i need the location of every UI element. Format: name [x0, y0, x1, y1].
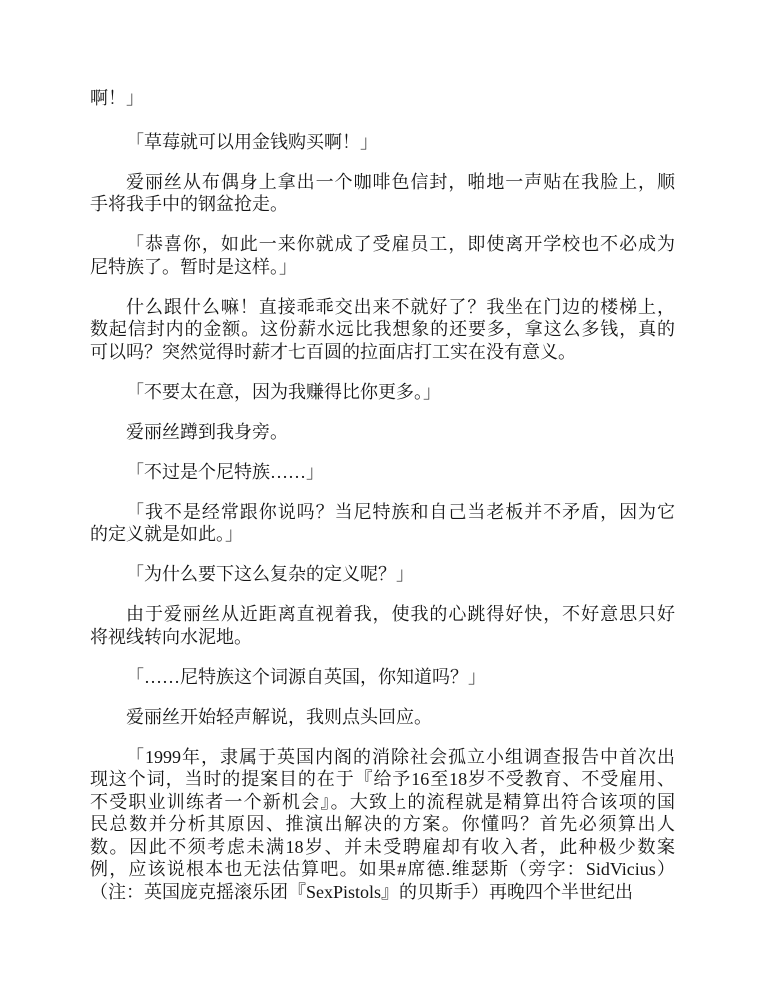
- page: 啊！」「草莓就可以用金钱购买啊！」爱丽丝从布偶身上拿出一个咖啡色信封，啪地一声贴…: [0, 0, 765, 990]
- text-line: 爱丽丝从布偶身上拿出一个咖啡色信封，啪地一声贴在我脸上，顺: [90, 171, 675, 194]
- paragraph: 「我不是经常跟你说吗？当尼特族和自己当老板并不矛盾，因为它的定义就是如此。」: [90, 501, 675, 546]
- text-line: 啊！」: [90, 87, 675, 110]
- text-line: 「恭喜你，如此一来你就成了受雇员工，即使离开学校也不必成为: [90, 233, 675, 256]
- text-line: 什么跟什么嘛！直接乖乖交出来不就好了？我坐在门边的楼梯上，: [90, 296, 675, 319]
- text-line: 不受职业训练者一个新机会』。大致上的流程就是精算出符合该项的国: [90, 791, 675, 814]
- text-line: 「1999年，隶属于英国内阁的消除社会孤立小组调查报告中首次出: [90, 746, 675, 769]
- text-line: 将视线转向水泥地。: [90, 626, 675, 649]
- paragraph: 爱丽丝蹲到我身旁。: [90, 421, 675, 444]
- text-line: 「为什么要下这么复杂的定义呢？」: [90, 563, 675, 586]
- paragraph: 「恭喜你，如此一来你就成了受雇员工，即使离开学校也不必成为尼特族了。暂时是这样。…: [90, 233, 675, 278]
- document-text: 啊！」「草莓就可以用金钱购买啊！」爱丽丝从布偶身上拿出一个咖啡色信封，啪地一声贴…: [90, 87, 675, 921]
- text-line: （注：英国庞克摇滚乐团『SexPistols』的贝斯手）再晚四个半世纪出: [90, 881, 675, 904]
- text-line: 「不过是个尼特族……」: [90, 461, 675, 484]
- text-line: 「我不是经常跟你说吗？当尼特族和自己当老板并不矛盾，因为它: [90, 501, 675, 524]
- text-line: 手将我手中的钢盆抢走。: [90, 193, 675, 216]
- text-line: 数。因此不须考虑未满18岁、并未受聘雇却有收入者，此种极少数案: [90, 836, 675, 859]
- text-line: 「……尼特族这个词源自英国，你知道吗？」: [90, 666, 675, 689]
- paragraph: 「1999年，隶属于英国内阁的消除社会孤立小组调查报告中首次出现这个词，当时的提…: [90, 746, 675, 904]
- text-line: 「不要太在意，因为我赚得比你更多。」: [90, 381, 675, 404]
- paragraph: 什么跟什么嘛！直接乖乖交出来不就好了？我坐在门边的楼梯上，数起信封内的金额。这份…: [90, 296, 675, 364]
- text-line: 爱丽丝开始轻声解说，我则点头回应。: [90, 706, 675, 729]
- text-line: 的定义就是如此。」: [90, 523, 675, 546]
- paragraph: 啊！」: [90, 87, 675, 110]
- text-line: 数起信封内的金额。这份薪水远比我想象的还要多，拿这么多钱，真的: [90, 318, 675, 341]
- paragraph: 由于爱丽丝从近距离直视着我，使我的心跳得好快，不好意思只好将视线转向水泥地。: [90, 603, 675, 648]
- paragraph: 爱丽丝从布偶身上拿出一个咖啡色信封，啪地一声贴在我脸上，顺手将我手中的钢盆抢走。: [90, 171, 675, 216]
- paragraph: 「……尼特族这个词源自英国，你知道吗？」: [90, 666, 675, 689]
- text-line: 例，应该说根本也无法估算吧。如果#席德.维瑟斯（旁字：SidVicius）: [90, 858, 675, 881]
- paragraph: 「不过是个尼特族……」: [90, 461, 675, 484]
- paragraph: 「草莓就可以用金钱购买啊！」: [90, 131, 675, 154]
- text-line: 可以吗？突然觉得时薪才七百圆的拉面店打工实在没有意义。: [90, 341, 675, 364]
- text-line: 爱丽丝蹲到我身旁。: [90, 421, 675, 444]
- paragraph: 「为什么要下这么复杂的定义呢？」: [90, 563, 675, 586]
- paragraph: 「不要太在意，因为我赚得比你更多。」: [90, 381, 675, 404]
- paragraph: 爱丽丝开始轻声解说，我则点头回应。: [90, 706, 675, 729]
- text-line: 现这个词，当时的提案目的在于『给予16至18岁不受教育、不受雇用、: [90, 768, 675, 791]
- text-line: 民总数并分析其原因、推演出解决的方案。你懂吗？首先必须算出人: [90, 813, 675, 836]
- text-line: 尼特族了。暂时是这样。」: [90, 256, 675, 279]
- text-line: 由于爱丽丝从近距离直视着我，使我的心跳得好快，不好意思只好: [90, 603, 675, 626]
- text-line: 「草莓就可以用金钱购买啊！」: [90, 131, 675, 154]
